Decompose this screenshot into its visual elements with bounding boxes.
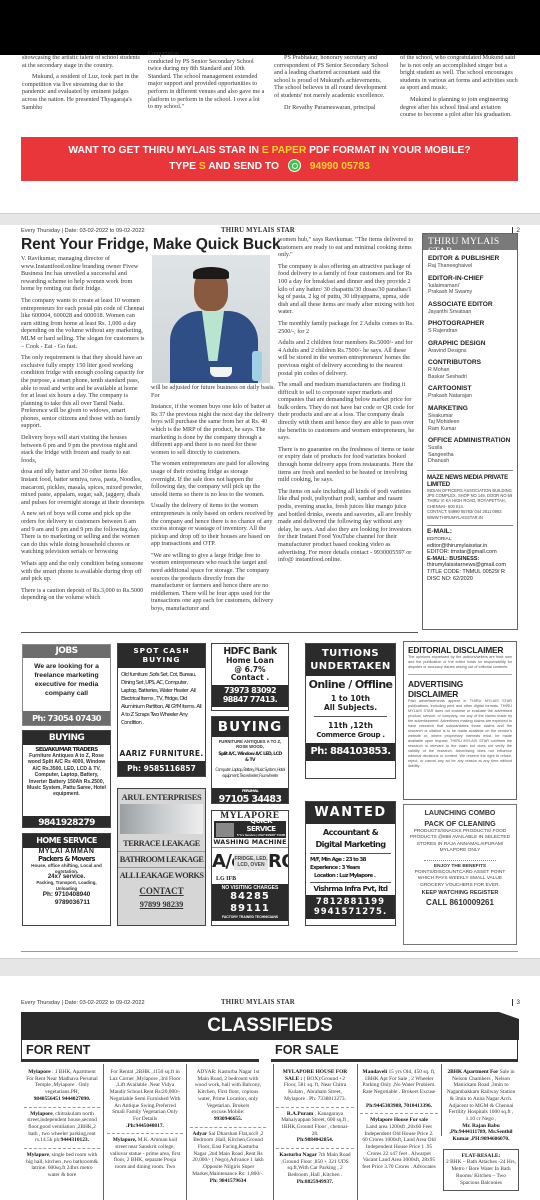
ad-mid: FRIDGE, LED, LCD, OVEN	[234, 854, 268, 870]
ad-title: HOME SERVICE	[23, 834, 110, 848]
paragraph: The small and medium manufacturers are f…	[278, 381, 416, 442]
paragraph: Usually the delivery of items to the wom…	[151, 502, 275, 548]
ad-services-row: A/c FRIDGE, LED, LCD, OVEN RO	[212, 848, 288, 875]
ad-company: AARIZ FURNITURE.	[118, 749, 205, 761]
ad-body: PRODUCTS/SNACKS PRODUCTS/ FOOD PRODUCTS …	[404, 829, 516, 855]
ad-line: 11th ,12th	[306, 717, 395, 730]
ad-body: POINTS/DISCOUNTCARD ASSET POINT WHICH PA…	[404, 870, 516, 889]
staff-box-title: THIRU MYLAIS STAR	[423, 234, 517, 250]
paragraph: There is a caution deposit of Rs.3,000 t…	[21, 587, 145, 602]
staff-name: Prakash Natarajan	[428, 393, 512, 400]
for-sale-column: 2BHK Apartment For Sale in Nelson Chambe…	[443, 1066, 519, 1191]
ad-line: Contact .	[212, 674, 288, 683]
classifieds-title: CLASSIFIEDS	[21, 1012, 519, 1040]
listing-phone[interactable]: Ph:8825949937.	[297, 1179, 333, 1185]
ad-line: ALL LEAKAGE WORKS	[118, 868, 205, 883]
staff-section: CARTOONISTPrakash Natarajan	[423, 385, 517, 400]
masthead: THIRU MYLAIS STAR	[221, 999, 295, 1006]
paragraph: The items on sale including all kinds of…	[278, 488, 416, 564]
business-label: E-MAIL: BUSINESS:	[427, 556, 513, 563]
listing-text: For Rental ,2BHK ,1150 sq.ft in Luz Corn…	[109, 1069, 180, 1122]
ad-body: We are looking for a freelance marketing…	[23, 658, 110, 711]
article-mukund: showcasing the artistic talent of school…	[22, 54, 518, 123]
staff-role: PHOTOGRAPHER	[428, 320, 512, 328]
paragraph: The monthly family package for 2 Adults …	[278, 320, 416, 335]
person-photo	[152, 255, 270, 383]
listing: Mylapore House For sale Land area 1200sf…	[360, 1114, 438, 1175]
staff-section: EDITOR-IN-CHIEF'kalaimamani'Prakash M Sw…	[423, 275, 517, 296]
ad-phone-block: PERUMAL 97105 34483	[212, 788, 288, 804]
article-column: of the school, who congratulated Mukund …	[400, 54, 518, 123]
ad-detail: M/F, Min Age : 23 to 38	[306, 854, 395, 864]
staff-section: MARKETINGSivakumarTaj MohideenRam Kumar	[423, 405, 517, 433]
email-label: E-MAIL:	[427, 528, 513, 536]
column-divider	[357, 1064, 358, 1200]
ad-wanted: WANTED Accountant & Digital Marketing M/…	[305, 801, 396, 926]
paragraph: The only requirement is that they should…	[21, 354, 145, 430]
ad-subtitle: Packers & Movers	[23, 855, 110, 863]
ad-phone[interactable]: Ph: 73054 07430	[23, 711, 110, 726]
paragraph: A new set of boys will come and pick up …	[21, 510, 145, 556]
for-sale-column: Mandaveli 15 yrs Old, 450 sq. ft, 1BHK A…	[360, 1066, 438, 1175]
publisher-info: MAZE NEWS MEDIA PRIVATE LIMITED INDIAN O…	[427, 470, 513, 520]
listing: Mylapore, single bed room with big hall,…	[24, 1149, 100, 1183]
advertising-disclaimer-title: ADVERTISING DISCLAIMER	[408, 679, 512, 699]
article-headline: Rent Your Fridge, Make Quick Buck	[21, 236, 281, 254]
editorial-email[interactable]: editor@thirumylaisstar.in	[427, 543, 513, 550]
listing-boxed: FLAT-RESALE: 2 BHK – Bath Attaches -24 H…	[443, 1149, 519, 1192]
whatsapp-icon	[288, 159, 301, 172]
listing: Adyar Sai Dharshan Flat,no:8 ,2 Bedroom …	[190, 1128, 266, 1189]
editorial-label: EDITORIAL:	[427, 536, 513, 543]
page-3-header: Every Thursday | Date: 03-02-2022 to 09-…	[21, 997, 520, 1009]
listing-area: Mylapore House For sale	[370, 1117, 428, 1123]
ad-phone[interactable]: Ph: 884103853.	[306, 743, 395, 761]
ad-phone[interactable]: 84285 89111	[212, 891, 288, 915]
ad-home-service: HOME SERVICE MYLAI AMMAN Packers & Mover…	[22, 833, 111, 926]
ad-buying-perumal: BUYING FURNITURE ANTIQUES A TO Z, ROSE W…	[211, 716, 289, 804]
ad-detail: Experience : 3 Years	[306, 864, 395, 872]
column-divider	[186, 1064, 187, 1200]
staff-name: Ram Kumar	[428, 426, 512, 433]
listing-phone[interactable]: Mr. Rajan Babu ,Ph:9444111789, Mr.Senthi…	[450, 1123, 513, 1142]
paragraph: Mukund, a resident of Luz, took part in …	[22, 73, 140, 111]
staff-role: GRAPHIC DESIGN	[428, 340, 512, 348]
paragraph: "We are willing to give a large fridge f…	[151, 552, 275, 613]
ad-body: Old furniture ,Sofa Set, Cot, Bureau, Di…	[118, 668, 205, 749]
issue-date: Every Thursday | Date: 03-02-2022 to 09-…	[21, 228, 145, 234]
ad-role: Accountant & Digital Marketing	[310, 824, 391, 854]
listing-area: FLAT-RESALE:	[462, 1153, 501, 1159]
ad-body: House, office shifting, Local and outsta…	[23, 863, 110, 874]
ad-phone[interactable]: 98847 77413.	[212, 695, 288, 704]
staff-name: Raj Thaneeghaivel	[428, 263, 512, 270]
ad-footer: FACTORY TRAINED TECHNICIANS	[212, 915, 288, 920]
paragraph: women hub," says Ravikumar. "The items d…	[278, 236, 416, 259]
article-column: women hub," says Ravikumar. "The items d…	[278, 236, 416, 568]
ad-banner: QUICK SERVICE 5 Yrs Service | 24x7 EVERY…	[214, 821, 286, 838]
masthead: THIRU MYLAIS STAR	[221, 227, 295, 234]
ad-phone[interactable]: 73973 83092	[212, 686, 288, 695]
issue-date: Every Thursday | Date: 03-02-2022 to 09-…	[21, 1000, 145, 1006]
disc-number: DISC NO: 62/2020	[427, 576, 513, 583]
paragraph: There is no guarantee on the freshness o…	[278, 446, 416, 484]
listing-text: Sale in Nelson Chambers , Nelson Manicka…	[447, 1069, 516, 1122]
ad-phone[interactable]: 9941571275.	[306, 907, 395, 917]
banner-text: WANT TO GET THIRU MYLAIS STAR IN	[68, 145, 262, 156]
paragraph: conducted by PS Senior Secondary School …	[148, 58, 266, 111]
staff-role: CARTOONIST	[428, 385, 512, 393]
banner-text: AND SEND TO	[206, 161, 279, 172]
page-number: 3	[512, 999, 520, 1006]
listing-area: Mandaveli	[363, 1069, 388, 1075]
paragraph: Delivery boys will start visiting the ho…	[21, 434, 145, 464]
ad-line: TERRACE LEAKAGE	[118, 836, 205, 852]
listing: MYLAPORE HOUSE FOR SALE : ( BOX):Ground …	[276, 1066, 354, 1108]
ad-company: Vishrma Infra Pvt, ltd	[306, 883, 395, 895]
listing: ADYAR: Kasturba Nagar 1st Main Road, 2 b…	[190, 1066, 266, 1128]
article-column: showcasing the artistic talent of school…	[22, 54, 140, 123]
ad-contact-block: NO VISITING CHARGES 84285 89111 FACTORY …	[212, 884, 288, 921]
listing-phone[interactable]: 9840556451 9444027090.	[34, 1096, 91, 1102]
listing-phone[interactable]: .Ph:9445040817.	[126, 1123, 164, 1129]
ad-phone[interactable]: 9789036711	[23, 899, 110, 907]
paragraph: The women entrepreneurs are paid for all…	[151, 460, 275, 498]
paragraph: Dr Revathy Parameswaran, principal	[274, 104, 392, 112]
ad-line: WASHING MACHINE	[212, 838, 288, 848]
listing: Mandaveli 15 yrs Old, 450 sq. ft, 1BHK A…	[360, 1066, 438, 1114]
staff-section: ASSOCIATE EDITORJayanthi Srivatsan	[423, 301, 517, 316]
column-divider	[273, 1064, 274, 1200]
ad-phone[interactable]: 9841928279	[23, 816, 110, 828]
email-info: E-MAIL: EDITORIAL: editor@thirumylaissta…	[427, 525, 513, 582]
listing-area: Adyar	[193, 1131, 208, 1137]
listing: R.A.Puram , Kanagaraya Mahaiyappan Stree…	[276, 1108, 354, 1150]
staff-section: OFFICE ADMINISTRATIONSusilaSangeethaDhan…	[423, 437, 517, 465]
paragraph: V. Ravikumar, managing director of www.I…	[21, 255, 145, 293]
listing-area: R.A.Puram	[287, 1111, 313, 1117]
listing: Mylapore, M.K. Amman koil street near Sa…	[107, 1134, 183, 1175]
ad-line: Commerce Group .	[306, 730, 395, 740]
paragraph: dosa and idly batter and 30 other items …	[21, 468, 145, 506]
ad-spot-cash-buying: SPOT CASH BUYING Old furniture ,Sofa Set…	[117, 643, 206, 777]
bathroom-photo	[120, 804, 203, 834]
ad-line: Computer, Laptop, Battery, Music System,…	[212, 764, 288, 788]
staff-role: EDITOR & PUBLISHER	[428, 255, 512, 263]
ad-banner-text: QUICK SERVICE	[236, 817, 286, 833]
divider	[21, 632, 418, 633]
divider	[21, 951, 518, 952]
paragraph: Adults and 2 children four members Rs.50…	[278, 339, 416, 377]
ad-mylapore-quick-service: MYLAPORE QUICK SERVICE 5 Yrs Service | 2…	[211, 810, 289, 926]
listing-phone[interactable]: 9444310123.	[61, 1137, 89, 1143]
listing: Mylapore : 1 BHK, Apartment For Rent Nea…	[24, 1066, 100, 1108]
ad-buying-selvakumar: BUYING SELVAKUMAR TRADERS Furniture Anti…	[22, 730, 111, 828]
ad-contact-label: CONTACT	[118, 883, 205, 900]
article-column: Competition conducted by PS Senior Secon…	[148, 54, 266, 123]
paragraph: Competition	[148, 50, 266, 58]
ad-line: All Subjects.	[314, 703, 387, 717]
listing-text: Sai Dharshan Flat,no:8 ,2 Bedroom ,Hall,…	[192, 1131, 263, 1177]
listing-text: Land area 1200sft ,20x60 Feet Independen…	[362, 1124, 436, 1170]
company-name: MAZE NEWS MEDIA PRIVATE LIMITED	[427, 474, 513, 488]
title-code: TITLE CODE: TNMUL 00529/ R	[427, 569, 513, 576]
ad-company: SELVAKUMAR TRADERS	[23, 745, 110, 753]
ad-extra: Packing, Transport, Loading, Unloading	[23, 880, 110, 891]
ad-line: BATHROOM LEAKAGE	[118, 852, 205, 868]
ad-tuitions: TUITIONS UNDERTAKEN Online / Offline 1 t…	[305, 643, 396, 779]
listing-area: Mylapore,	[113, 1137, 137, 1143]
column-divider	[103, 1064, 104, 1200]
ad-detail: Location : Luz Mylapore .	[310, 872, 391, 883]
ad-line: 1 to 10th	[306, 694, 395, 703]
listing-area: Mylapore	[28, 1069, 50, 1075]
staff-name: Aravind Designs	[428, 348, 512, 355]
staff-name: Jayanthi Srivatsan	[428, 309, 512, 316]
listing-area: Mylapore	[27, 1152, 49, 1158]
column-divider	[441, 1064, 442, 1136]
ad-phone[interactable]: Ph: 9710408940	[23, 891, 110, 899]
ad-title: SPOT CASH BUYING	[118, 644, 205, 668]
paragraph: Instance, if the women buys one kilo of …	[151, 403, 275, 456]
article-column: will be adjusted for future business on …	[151, 384, 275, 617]
ad-register: KEEP WATCHING REGISTER	[404, 889, 516, 897]
for-rent-column: ADYAR: Kasturba Nagar 1st Main Road, 2 b…	[190, 1066, 266, 1188]
listing-text: ADYAR: Kasturba Nagar 1st Main Road, 2 b…	[195, 1069, 261, 1115]
ad-title: LAUNCHING COMBO	[404, 809, 516, 819]
staff-box: THIRU MYLAIS STAR EDITOR & PUBLISHERRaj …	[422, 233, 518, 630]
ad-ac: A/c	[212, 851, 234, 872]
article-column: V. Ravikumar, managing director of www.I…	[21, 255, 145, 606]
for-sale-heading: FOR SALE	[271, 1040, 518, 1062]
listing-area: Kasturba Nagar	[279, 1152, 317, 1158]
listing-text: 2 BHK – Bath Attaches -24 Hrs, Metro / B…	[446, 1159, 516, 1185]
ad-company: MYLAI AMMAN	[23, 848, 110, 855]
ad-phone[interactable]: 7812881199	[306, 897, 395, 907]
banner-highlight: S	[199, 161, 206, 172]
ad-title: PACK OF CLEANING	[404, 819, 516, 829]
editorial-disclaimer-title: EDITORIAL DISCLAIMER	[408, 645, 512, 655]
listing: For Rental ,2BHK ,1150 sq.ft in Luz Corn…	[107, 1066, 183, 1134]
ad-line: Split A/C, Window A/C LED, LCD & TV	[212, 749, 288, 764]
epaper-promo-banner: WANT TO GET THIRU MYLAIS STAR IN E PAPER…	[21, 137, 518, 181]
article-column: PS Prabhakar, honorary secretary and cor…	[274, 54, 392, 123]
ad-arul-enterprises: ARUL ENTERPRISES TERRACE LEAKAGE BATHROO…	[117, 788, 206, 926]
divider	[408, 674, 512, 675]
page-1-fragment: showcasing the artistic talent of school…	[0, 0, 540, 213]
ad-line: FURNITURE ANTIQUES A TO Z, ROSE WOOD,	[212, 737, 288, 749]
paragraph: The company wants to create at least 10 …	[21, 297, 145, 350]
editor-email[interactable]: EDITOR: tmstar@gmail.com	[427, 549, 513, 556]
ad-phone[interactable]: 97105 34483	[212, 794, 288, 804]
listing-phone[interactable]: Ph: 9841579634	[210, 1178, 246, 1184]
staff-role: CONTRIBUTORS	[428, 359, 512, 367]
ad-phones: 73973 83092 98847 77413.	[212, 685, 288, 707]
listing-phone[interactable]: Ph:9445383988, 7010413396.	[366, 1103, 432, 1109]
for-sale-column: MYLAPORE HOUSE FOR SALE : ( BOX):Ground …	[276, 1066, 354, 1190]
paragraph: The company is also offering an attracti…	[278, 263, 416, 316]
ad-brands: LG IFB	[212, 875, 288, 884]
paragraph: Whats app and the only condition being s…	[21, 560, 145, 583]
ad-body: Furniture Antiques A to Z, Rose wood Spl…	[23, 753, 110, 816]
ad-title: BUYING	[23, 731, 110, 745]
staff-name: Prakash M Swamy	[428, 289, 512, 296]
staff-section: GRAPHIC DESIGNAravind Designs	[423, 340, 517, 355]
for-rent-column: Mylapore : 1 BHK, Apartment For Rent Nea…	[24, 1066, 100, 1183]
paragraph: Mukund is planning to join engineering d…	[400, 96, 518, 119]
ad-combo-pack: LAUNCHING COMBO PACK OF CLEANING PRODUCT…	[403, 804, 517, 945]
for-rent-column: For Rental ,2BHK ,1150 sq.ft in Luz Corn…	[107, 1066, 183, 1175]
ad-title: WANTED	[306, 802, 395, 824]
paragraph: of the school, who congratulated Mukund …	[400, 54, 518, 92]
for-rent-heading: FOR RENT	[21, 1040, 259, 1062]
ad-phone[interactable]: Ph: 9585116857	[118, 761, 205, 777]
listing: Mylapore, chitrakulam north street,indep…	[24, 1108, 100, 1150]
banner-line-2: TYPE S AND SEND TO 94990 05783	[21, 159, 518, 175]
staff-role: MARKETING	[428, 405, 512, 413]
staff-section: EDITOR & PUBLISHERRaj Thaneeghaivel	[423, 255, 517, 270]
banner-phone[interactable]: 94990 05783	[310, 161, 370, 172]
banner-line-1: WANT TO GET THIRU MYLAIS STAR IN E PAPER…	[21, 143, 518, 159]
ad-title: ARUL ENTERPRISES	[118, 789, 205, 802]
company-contact: CONTACT: 94990 05783/ 044 2811 0993	[427, 509, 513, 514]
ad-title: BUYING	[212, 717, 288, 737]
paragraph: PS Prabhakar, honorary secretary and cor…	[274, 54, 392, 100]
staff-name: Dhanush	[428, 458, 512, 465]
staff-role: ASSOCIATE EDITOR	[428, 301, 512, 309]
staff-section: CONTRIBUTORSR MohanBaskar Seshadri	[423, 359, 517, 380]
ad-ro: RO	[268, 851, 288, 872]
ad-phones: 7812881199 9941571275.	[306, 895, 395, 919]
staff-name: Baskar Seshadri	[428, 374, 512, 381]
staff-role: EDITOR-IN-CHIEF	[428, 275, 512, 283]
appliance-icon	[216, 823, 234, 837]
ad-mode: Online / Offline	[306, 676, 395, 694]
company-website[interactable]: WWW.THIRUMYLAISSTAR.IN	[427, 515, 513, 520]
paragraph: will be adjusted for future business on …	[151, 384, 275, 399]
listing-area: 2BHK Apartment For	[447, 1069, 498, 1075]
ad-title: JOBS	[23, 645, 110, 658]
banner-highlight: E PAPER	[262, 145, 306, 156]
ad-title: TUITIONS UNDERTAKEN	[306, 644, 395, 676]
listing: 2BHK Apartment For Sale in Nelson Chambe…	[443, 1066, 519, 1147]
page-separator	[0, 958, 540, 976]
paragraph: showcasing the artistic talent of school…	[22, 54, 140, 69]
disclaimer-box: EDITORIAL DISCLAIMER The opinions expres…	[403, 641, 517, 800]
page-separator	[0, 213, 540, 225]
staff-role: OFFICE ADMINISTRATION	[428, 437, 512, 445]
banner-text: TYPE	[169, 161, 199, 172]
business-email[interactable]: thirumylaisstarnews@gmail.com	[427, 562, 513, 569]
editorial-disclaimer-body: The opinions expressed by the authors/wr…	[408, 655, 512, 670]
advertising-disclaimer-body: Paid advertisements appear in THIRU MYLA…	[408, 699, 512, 769]
listing-area: Mylapore	[30, 1111, 52, 1117]
banner-text: PDF FORMAT IN YOUR MOBILE?	[306, 145, 470, 156]
listing: Kasturba Nagar 7th Main Road ,Ground Flo…	[276, 1149, 354, 1190]
ad-phone[interactable]: CALL 8610009261	[404, 897, 516, 908]
listing-phone[interactable]: 9930946655.	[214, 1116, 242, 1122]
staff-name: S Rajendran	[428, 328, 512, 335]
company-address: INDIAN OFFICERS ASSOCIATION BUILDING JPS…	[427, 488, 513, 510]
redacted-top-area	[0, 0, 540, 55]
ad-jobs: JOBS We are looking for a freelance mark…	[22, 644, 111, 726]
ad-hdfc-bank: HDFC Bank Home Loan @ 6.7% Contact . 739…	[211, 643, 289, 711]
staff-section: PHOTOGRAPHERS Rajendran	[423, 320, 517, 335]
ad-phone[interactable]: 97899 98239	[118, 900, 205, 909]
listing-phone[interactable]: Ph:9884042854.	[297, 1137, 333, 1143]
